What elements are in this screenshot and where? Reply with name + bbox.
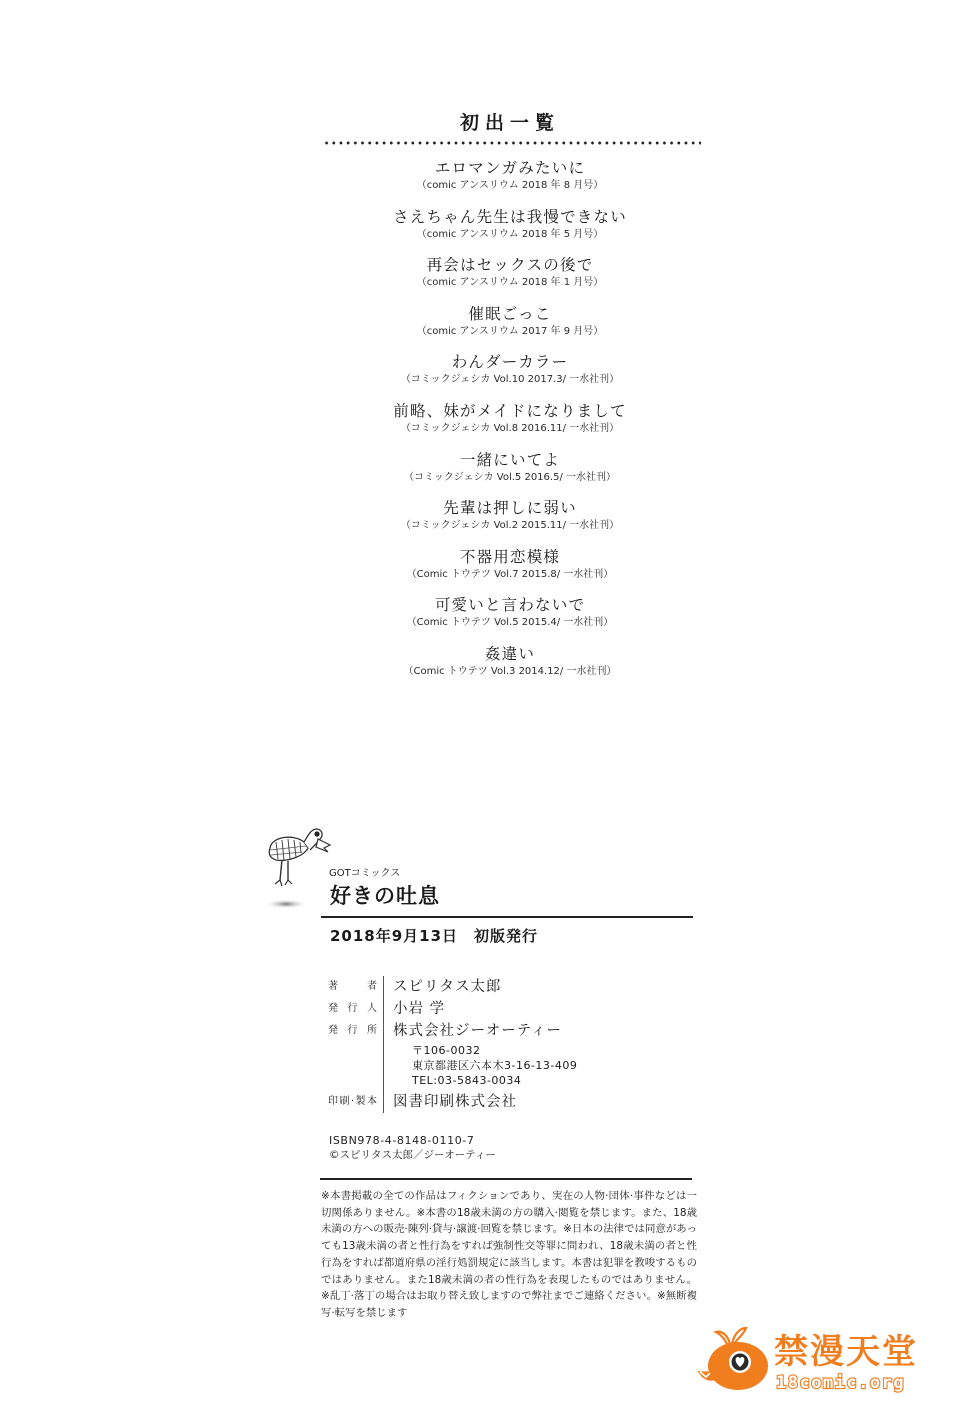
work-source: （comic アンスリウム 2018 年 8 月号） xyxy=(320,179,700,193)
toc-item: 一緒にいてよ （コミックジェシカ Vol.5 2016.5/ 一水社刊） xyxy=(320,450,700,499)
work-source: （comic アンスリウム 2018 年 1 月号） xyxy=(320,276,700,290)
toc-heading: 初出一覧 xyxy=(320,108,700,135)
disclaimer-text: ※本書掲載の全ての作品はフィクションであり、実在の人物·団体·事件などは一切関係… xyxy=(321,1188,697,1322)
credit-row-author: 著 者 スピリタス太郎 xyxy=(328,976,648,998)
credit-value: スピリタス太郎 xyxy=(393,976,502,998)
work-title: さえちゃん先生は我慢できない xyxy=(320,207,700,228)
work-title: 再会はセックスの後で xyxy=(320,255,700,276)
credit-row-publisher-person: 発 行 人 小岩 学 xyxy=(328,998,648,1020)
work-title: 姦違い xyxy=(320,644,700,665)
toc-item: さえちゃん先生は我慢できない （comic アンスリウム 2018 年 5 月号… xyxy=(320,207,700,256)
work-source: （コミックジェシカ Vol.10 2017.3/ 一水社刊） xyxy=(320,373,700,387)
work-source: （comic アンスリウム 2017 年 9 月号） xyxy=(320,325,700,339)
work-title: 前略、妹がメイドになりまして xyxy=(320,401,700,422)
publisher-address: 〒106-0032 東京都港区六本木3-16-13-409 TEL:03-584… xyxy=(383,1042,648,1091)
divider-line xyxy=(321,916,693,918)
watermark-title: 禁漫天堂 xyxy=(774,1332,918,1372)
work-source: （コミックジェシカ Vol.8 2016.11/ 一水社刊） xyxy=(320,422,700,436)
orange-fish-mascot-icon xyxy=(694,1322,774,1400)
toc-item: 再会はセックスの後で （comic アンスリウム 2018 年 1 月号） xyxy=(320,255,700,304)
credit-label: 著 者 xyxy=(328,976,384,998)
book-colophon-page: 初出一覧 エロマンガみたいに （comic アンスリウム 2018 年 8 月号… xyxy=(0,0,960,1402)
credit-value: 図書印刷株式会社 xyxy=(393,1091,517,1113)
work-title: 可愛いと言わないで xyxy=(320,595,700,616)
toc-item: 不器用恋模様 （Comic トウテツ Vol.7 2015.8/ 一水社刊） xyxy=(320,547,700,596)
postal-code: 〒106-0032 xyxy=(412,1043,648,1058)
credit-value: 小岩 学 xyxy=(393,998,445,1020)
isbn: ISBN978-4-8148-0110-7 xyxy=(329,1133,474,1148)
toc-item: 先輩は押しに弱い （コミックジェシカ Vol.2 2015.11/ 一水社刊） xyxy=(320,498,700,547)
work-source: （comic アンスリウム 2018 年 5 月号） xyxy=(320,228,700,242)
work-source: （コミックジェシカ Vol.2 2015.11/ 一水社刊） xyxy=(320,519,700,533)
toc-list: エロマンガみたいに （comic アンスリウム 2018 年 8 月号） さえち… xyxy=(320,158,700,693)
watermark-url: 18comic.org xyxy=(776,1372,905,1394)
bird-logo-icon xyxy=(264,826,336,912)
work-title: わんダーカラー xyxy=(320,352,700,373)
toc-item: 前略、妹がメイドになりまして （コミックジェシカ Vol.8 2016.11/ … xyxy=(320,401,700,450)
work-source: （Comic トウテツ Vol.3 2014.12/ 一水社刊） xyxy=(320,665,700,679)
work-source: （Comic トウテツ Vol.7 2015.8/ 一水社刊） xyxy=(320,568,700,582)
site-watermark: 禁漫天堂 18comic.org xyxy=(694,1322,956,1400)
toc-item: 姦違い （Comic トウテツ Vol.3 2014.12/ 一水社刊） xyxy=(320,644,700,693)
credit-value: 株式会社ジーオーティー xyxy=(393,1020,562,1042)
publication-date: 2018年9月13日 初版発行 xyxy=(330,925,538,946)
work-source: （コミックジェシカ Vol.5 2016.5/ 一水社刊） xyxy=(320,471,700,485)
toc-item: 催眠ごっこ （comic アンスリウム 2017 年 9 月号） xyxy=(320,304,700,353)
toc-item: エロマンガみたいに （comic アンスリウム 2018 年 8 月号） xyxy=(320,158,700,207)
credit-label: 発 行 人 xyxy=(328,998,384,1020)
work-source: （Comic トウテツ Vol.5 2015.4/ 一水社刊） xyxy=(320,616,700,630)
credit-label: 発 行 所 xyxy=(328,1020,384,1042)
series-label: GOTコミックス xyxy=(329,864,400,879)
telephone: TEL:03-5843-0034 xyxy=(412,1073,648,1088)
toc-item: わんダーカラー （コミックジェシカ Vol.10 2017.3/ 一水社刊） xyxy=(320,352,700,401)
credit-row-publisher: 発 行 所 株式会社ジーオーティー xyxy=(328,1020,648,1042)
work-title: 一緒にいてよ xyxy=(320,450,700,471)
credit-row-printer: 印刷·製本 図書印刷株式会社 xyxy=(328,1091,648,1113)
credits-table: 著 者 スピリタス太郎 発 行 人 小岩 学 発 行 所 株式会社ジーオーティー… xyxy=(328,976,648,1113)
work-title: 不器用恋模様 xyxy=(320,547,700,568)
work-title: 催眠ごっこ xyxy=(320,304,700,325)
copyright: ©スピリタス太郎／ジーオーティー xyxy=(329,1148,496,1163)
street-address: 東京都港区六本木3-16-13-409 xyxy=(412,1058,648,1073)
work-title: エロマンガみたいに xyxy=(320,158,700,179)
book-title: 好きの吐息 xyxy=(330,880,440,910)
work-title: 先輩は押しに弱い xyxy=(320,498,700,519)
dotted-divider xyxy=(323,141,701,145)
toc-item: 可愛いと言わないで （Comic トウテツ Vol.5 2015.4/ 一水社刊… xyxy=(320,595,700,644)
divider-line xyxy=(320,1178,692,1180)
credit-label: 印刷·製本 xyxy=(328,1091,384,1113)
